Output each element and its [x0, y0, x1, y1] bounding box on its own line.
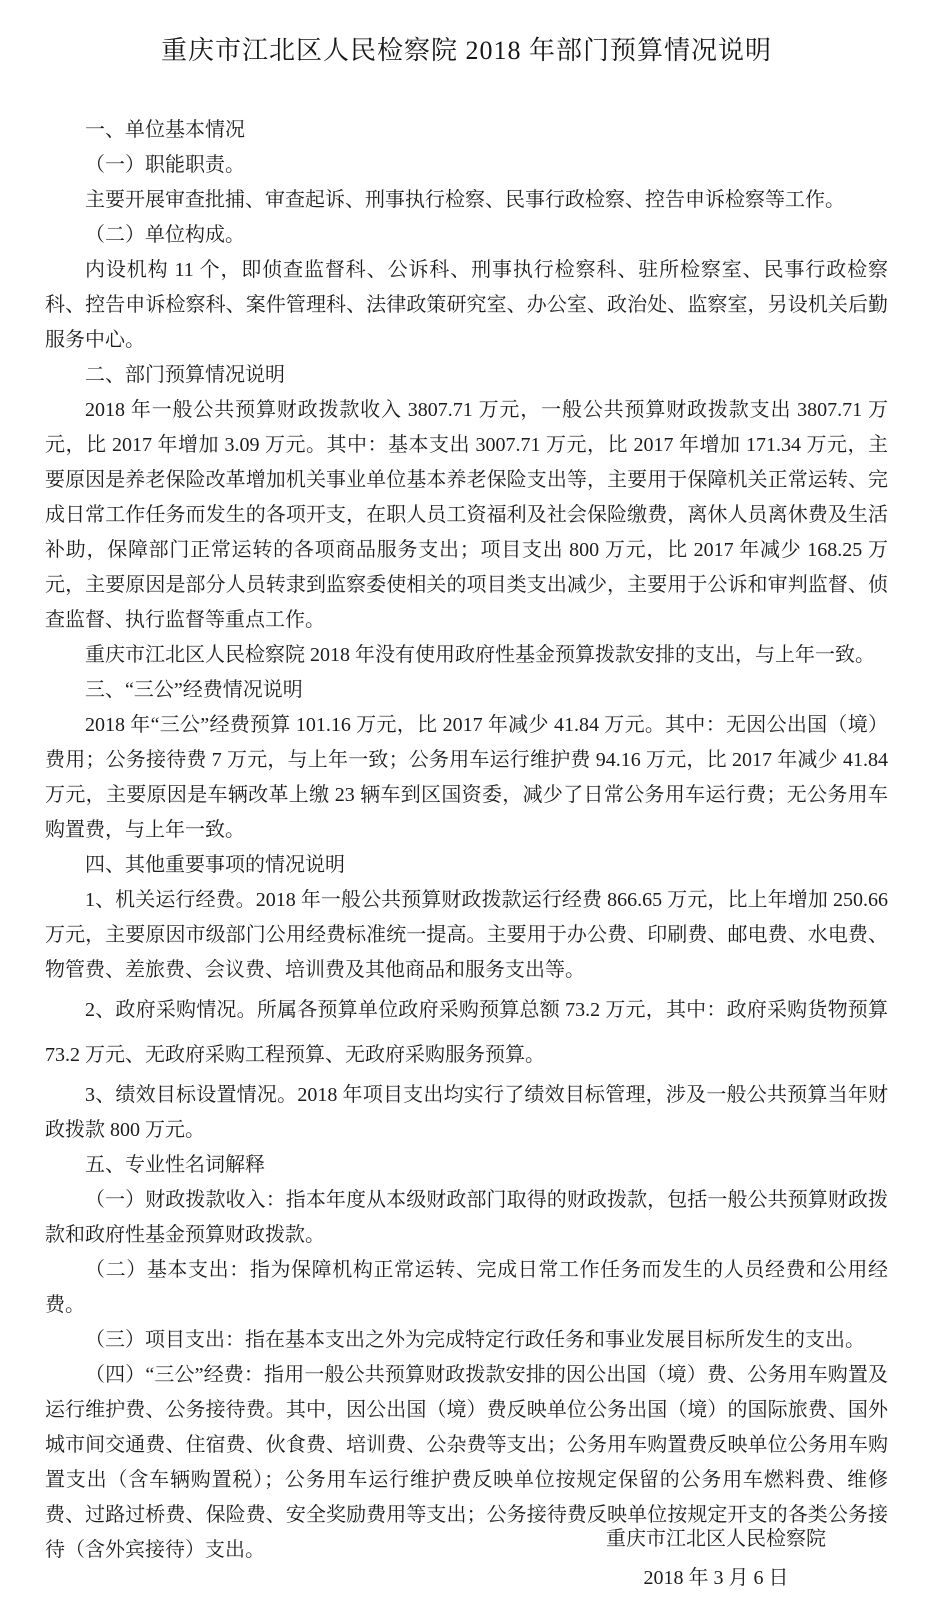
- paragraph: 2、政府采购情况。所属各预算单位政府采购预算总额 73.2 万元，其中：政府采购…: [45, 988, 888, 1078]
- paragraph: 二、部门预算情况说明: [45, 358, 888, 393]
- paragraph: （一）职能职责。: [45, 148, 888, 183]
- paragraph: 内设机构 11 个，即侦查监督科、公诉科、刑事执行检察科、驻所检察室、民事行政检…: [45, 253, 888, 358]
- paragraph: 一、单位基本情况: [45, 113, 888, 148]
- document-page: 重庆市江北区人民检察院 2018 年部门预算情况说明 一、单位基本情况（一）职能…: [0, 0, 931, 1568]
- paragraph: 主要开展审查批捕、审查起诉、刑事执行检察、民事行政检察、控告申诉检察等工作。: [45, 183, 888, 218]
- paragraph: （三）项目支出：指在基本支出之外为完成特定行政任务和事业发展目标所发生的支出。: [45, 1323, 888, 1358]
- signature-date: 2018 年 3 月 6 日: [566, 1559, 866, 1598]
- paragraph: 2018 年一般公共预算财政拨款收入 3807.71 万元，一般公共预算财政拨款…: [45, 393, 888, 638]
- paragraph: 五、专业性名词解释: [45, 1148, 888, 1183]
- paragraph: 三、“三公”经费情况说明: [45, 673, 888, 708]
- document-body: 一、单位基本情况（一）职能职责。主要开展审查批捕、审查起诉、刑事执行检察、民事行…: [45, 113, 888, 1568]
- paragraph: （二）基本支出：指为保障机构正常运转、完成日常工作任务而发生的人员经费和公用经费…: [45, 1253, 888, 1323]
- paragraph: 3、绩效目标设置情况。2018 年项目支出均实行了绩效目标管理，涉及一般公共预算…: [45, 1078, 888, 1148]
- paragraph: （二）单位构成。: [45, 218, 888, 253]
- signature-org: 重庆市江北区人民检察院: [566, 1520, 866, 1559]
- document-title: 重庆市江北区人民检察院 2018 年部门预算情况说明: [45, 34, 888, 68]
- paragraph: 重庆市江北区人民检察院 2018 年没有使用政府性基金预算拨款安排的支出，与上年…: [45, 638, 888, 673]
- paragraph: 2018 年“三公”经费预算 101.16 万元，比 2017 年减少 41.8…: [45, 708, 888, 848]
- signature-block: 重庆市江北区人民检察院 2018 年 3 月 6 日: [566, 1520, 866, 1598]
- paragraph: 四、其他重要事项的情况说明: [45, 848, 888, 883]
- paragraph: 1、机关运行经费。2018 年一般公共预算财政拨款运行经费 866.65 万元，…: [45, 883, 888, 988]
- paragraph: （一）财政拨款收入：指本年度从本级财政部门取得的财政拨款，包括一般公共预算财政拨…: [45, 1183, 888, 1253]
